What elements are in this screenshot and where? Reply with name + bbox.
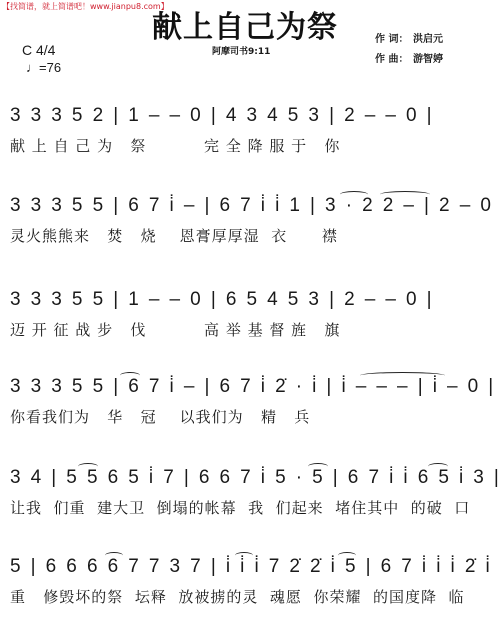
lyrics-row: 你看我们为 华 冠 以我们为 精 兵 <box>10 408 490 426</box>
score-line-4: 3 3 3 5 5 | 6 7 i̇ – | 6 7 i̇ 2̇ · i̇ | … <box>10 374 490 426</box>
lyrics-row: 灵火熊熊来 焚 烧 恩膏厚厚湿 衣 襟 <box>10 227 490 245</box>
notation-row: 3 3 3 5 5 | 6 7 i̇ – | 6 7 i̇ 2̇ · i̇ | … <box>10 374 490 400</box>
lyrics-row: 献 上 自 己 为 祭 完 全 降 服 于 你 <box>10 137 490 155</box>
score-line-2: 3 3 3 5 5 | 6 7 i̇ – | 6 7 i̇ i̇ 1 | 3 ·… <box>10 193 490 245</box>
score-line-1: 3 3 3 5 2 | 1 – – 0 | 4 3 4 5 3 | 2 – – … <box>10 103 490 155</box>
site-watermark: 【找简谱，就上简谱吧！www.jianpu8.com】 <box>2 1 169 12</box>
notation-row: 3 3 3 5 5 | 6 7 i̇ – | 6 7 i̇ i̇ 1 | 3 ·… <box>10 193 490 219</box>
tempo-marking: ♩=76 <box>26 60 61 75</box>
notation-row: 3 3 3 5 2 | 1 – – 0 | 4 3 4 5 3 | 2 – – … <box>10 103 490 129</box>
lyricist-name: 洪启元 <box>413 34 443 45</box>
notation-row: 3 3 3 5 5 | 1 – – 0 | 6 5 4 5 3 | 2 – – … <box>10 287 490 313</box>
scripture-reference: 阿摩司书9:11 <box>212 44 270 57</box>
lyrics-row: 重 修毁坏的祭 坛释 放被掳的灵 魂愿 你荣耀 的国度降 临 <box>10 588 490 606</box>
song-title: 献上自己为祭 <box>152 2 338 46</box>
score-line-6: 5 | 6 6 6 6 7 7 3 7 | i̇ i̇ i̇ 7 2̇ 2̇ i… <box>10 554 490 606</box>
score-line-5: 3 4 | 5 5 6 5 i̇ 7 | 6 6 7 i̇ 5 · 5 | 6 … <box>10 465 490 517</box>
score-line-3: 3 3 3 5 5 | 1 – – 0 | 6 5 4 5 3 | 2 – – … <box>10 287 490 339</box>
composer-name: 游智婷 <box>413 54 443 65</box>
lyricist-credit: 作 词：洪启元 <box>375 30 443 45</box>
lyrics-row: 迈 开 征 战 步 伐 高 举 基 督 旌 旗 <box>10 321 490 339</box>
notation-row: 5 | 6 6 6 6 7 7 3 7 | i̇ i̇ i̇ 7 2̇ 2̇ i… <box>10 554 490 580</box>
notation-row: 3 4 | 5 5 6 5 i̇ 7 | 6 6 7 i̇ 5 · 5 | 6 … <box>10 465 490 491</box>
composer-credit: 作 曲：游智婷 <box>375 50 443 65</box>
key-signature: C 4/4 <box>22 42 55 58</box>
composer-label: 作 曲： <box>375 50 413 65</box>
lyrics-row: 让我 们重 建大卫 倒塌的帐幕 我 们起来 堵住其中 的破 口 <box>10 499 490 517</box>
lyricist-label: 作 词： <box>375 30 413 45</box>
